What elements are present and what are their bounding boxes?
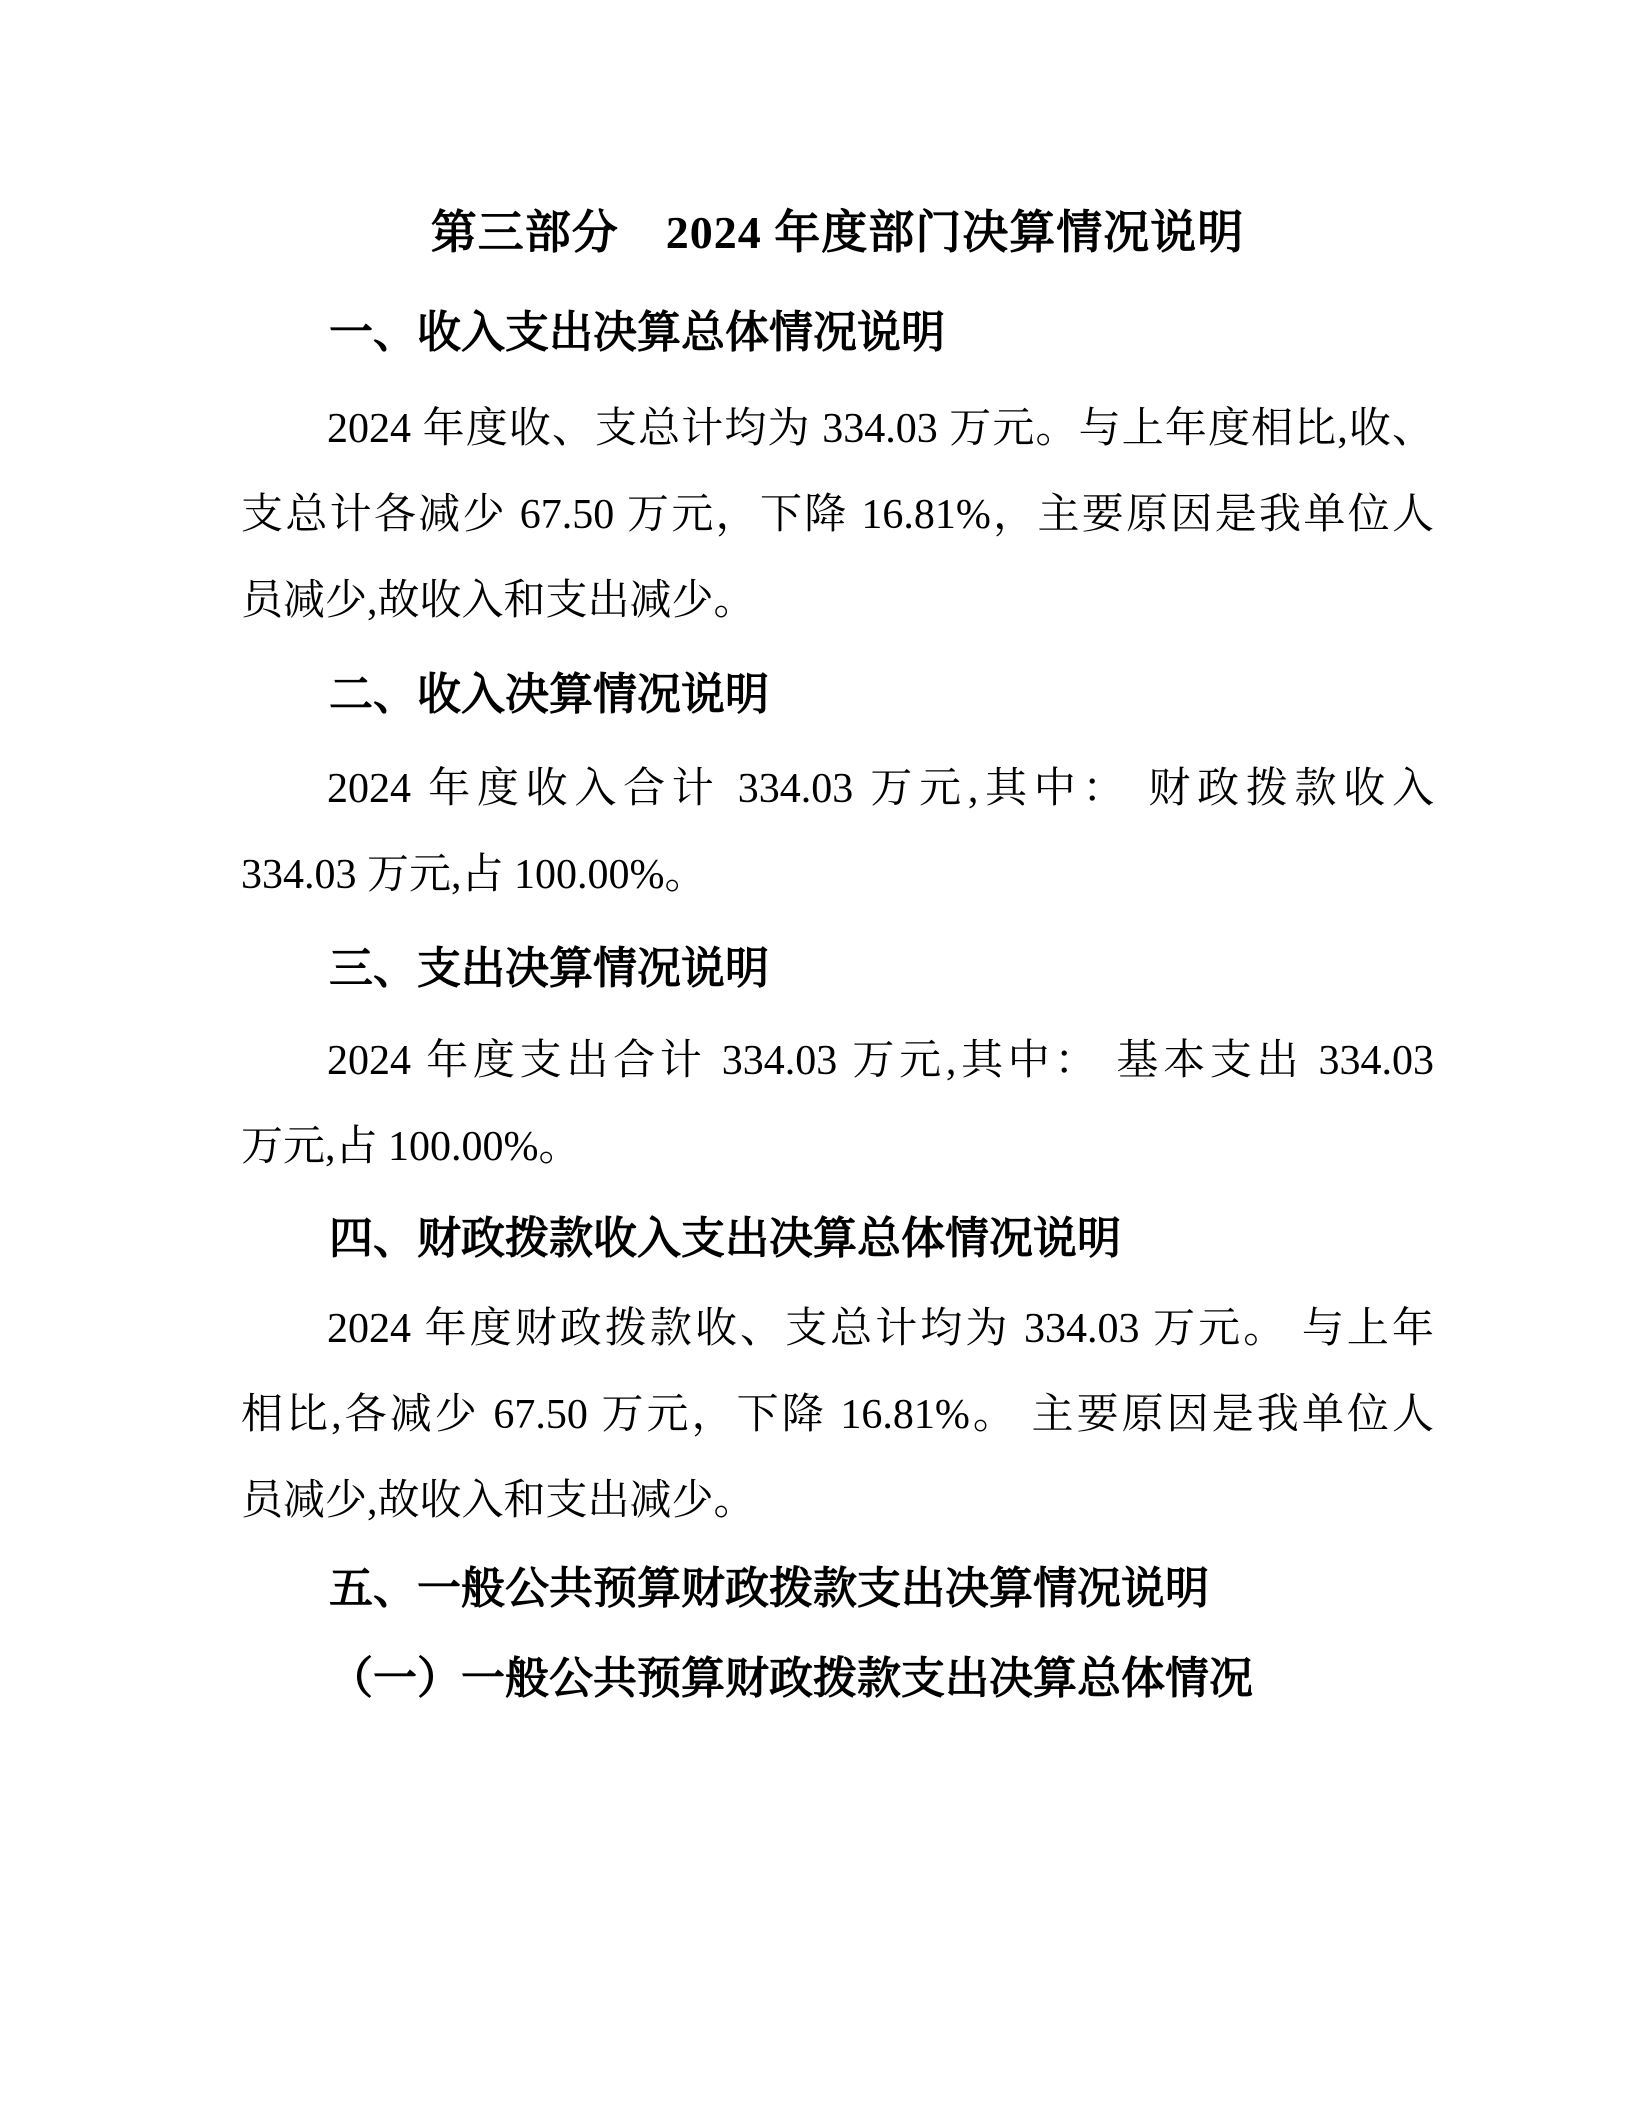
section-5-heading: 五、一般公共预算财政拨款支出决算情况说明 — [241, 1546, 1434, 1632]
paragraph-line: 334.03 万元,占 100.00%。 — [241, 832, 1434, 918]
section-1-heading: 一、收入支出决算总体情况说明 — [241, 290, 1434, 376]
paragraph-line: 相比,各减少 67.50 万元，下降 16.81%。 主要原因是我单位人 — [241, 1372, 1434, 1458]
section-3-heading: 三、支出决算情况说明 — [241, 926, 1434, 1012]
paragraph-line: 员减少,故收入和支出减少。 — [241, 558, 1434, 644]
section-income-statement: 二、收入决算情况说明 2024 年度收入合计 334.03 万元,其中： 财政拨… — [241, 652, 1434, 918]
paragraph-line: 员减少,故收入和支出减少。 — [241, 1458, 1434, 1544]
section-expenditure-statement: 三、支出决算情况说明 2024 年度支出合计 334.03 万元,其中： 基本支… — [241, 926, 1434, 1190]
paragraph-line: 万元,占 100.00%。 — [241, 1104, 1434, 1190]
document-content: 第三部分 2024 年度部门决算情况说明 一、收入支出决算总体情况说明 2024… — [241, 190, 1434, 1722]
section-4-heading: 四、财政拨款收入支出决算总体情况说明 — [241, 1196, 1434, 1282]
section-1-paragraph: 2024 年度收、支总计均为 334.03 万元。与上年度相比,收、 支总计各减… — [241, 386, 1434, 644]
paragraph-line: 2024 年度支出合计 334.03 万元,其中： 基本支出 334.03 — [241, 1018, 1434, 1104]
document-page: 第三部分 2024 年度部门决算情况说明 一、收入支出决算总体情况说明 2024… — [0, 0, 1632, 2112]
paragraph-line: 2024 年度收、支总计均为 334.03 万元。与上年度相比,收、 — [241, 386, 1434, 472]
section-fiscal-appropriation-overview: 四、财政拨款收入支出决算总体情况说明 2024 年度财政拨款收、支总计均为 33… — [241, 1196, 1434, 1544]
paragraph-line: 2024 年度财政拨款收、支总计均为 334.03 万元。 与上年 — [241, 1286, 1434, 1372]
section-general-public-budget: 五、一般公共预算财政拨款支出决算情况说明 （一）一般公共预算财政拨款支出决算总体… — [241, 1546, 1434, 1722]
section-5-subheading: （一）一般公共预算财政拨款支出决算总体情况 — [241, 1636, 1434, 1722]
section-2-heading: 二、收入决算情况说明 — [241, 652, 1434, 738]
section-income-expenditure-overview: 一、收入支出决算总体情况说明 2024 年度收、支总计均为 334.03 万元。… — [241, 290, 1434, 644]
section-2-paragraph: 2024 年度收入合计 334.03 万元,其中： 财政拨款收入 334.03 … — [241, 746, 1434, 918]
paragraph-line: 2024 年度收入合计 334.03 万元,其中： 财政拨款收入 — [241, 746, 1434, 832]
section-4-paragraph: 2024 年度财政拨款收、支总计均为 334.03 万元。 与上年 相比,各减少… — [241, 1286, 1434, 1544]
document-title: 第三部分 2024 年度部门决算情况说明 — [241, 190, 1434, 276]
section-3-paragraph: 2024 年度支出合计 334.03 万元,其中： 基本支出 334.03 万元… — [241, 1018, 1434, 1190]
paragraph-line: 支总计各减少 67.50 万元，下降 16.81%，主要原因是我单位人 — [241, 472, 1434, 558]
